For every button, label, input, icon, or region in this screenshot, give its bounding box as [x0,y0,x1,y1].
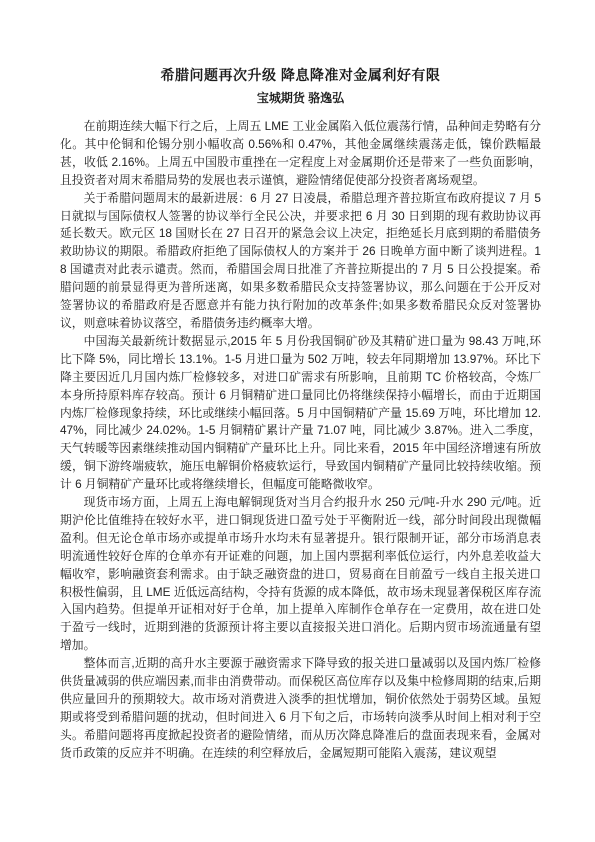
document-page: 希腊问题再次升级 降息降准对金属利好有限 宝城期货 骆逸弘 在前期连续大幅下行之… [0,0,595,842]
body-paragraph-spot-market: 现货市场方面，上周五上海电解铜现货对当月合约报升水 250 元/吨-升水 290… [60,494,541,655]
article-body: 在前期连续大幅下行之后，上周五 LME 工业金属陷入低位震荡行情，品种间走势略有… [60,118,541,763]
body-paragraph-greece-update: 关于希腊问题周末的最新进展：6 月 27 日凌晨，希腊总理齐普拉斯宣布政府提议 … [60,190,541,333]
body-paragraph-market-recap: 在前期连续大幅下行之后，上周五 LME 工业金属陷入低位震荡行情，品种间走势略有… [60,118,541,190]
body-paragraph-conclusion: 整体而言,近期的高升水主要源于融资需求下降导致的报关进口量减弱以及国内炼厂检修供… [60,655,541,762]
body-paragraph-customs-data: 中国海关最新统计数据显示,2015 年 5 月份我国铜矿砂及其精矿进口量为 98… [60,333,541,494]
article-byline: 宝城期货 骆逸弘 [60,90,541,106]
article-title: 希腊问题再次升级 降息降准对金属利好有限 [60,66,541,84]
